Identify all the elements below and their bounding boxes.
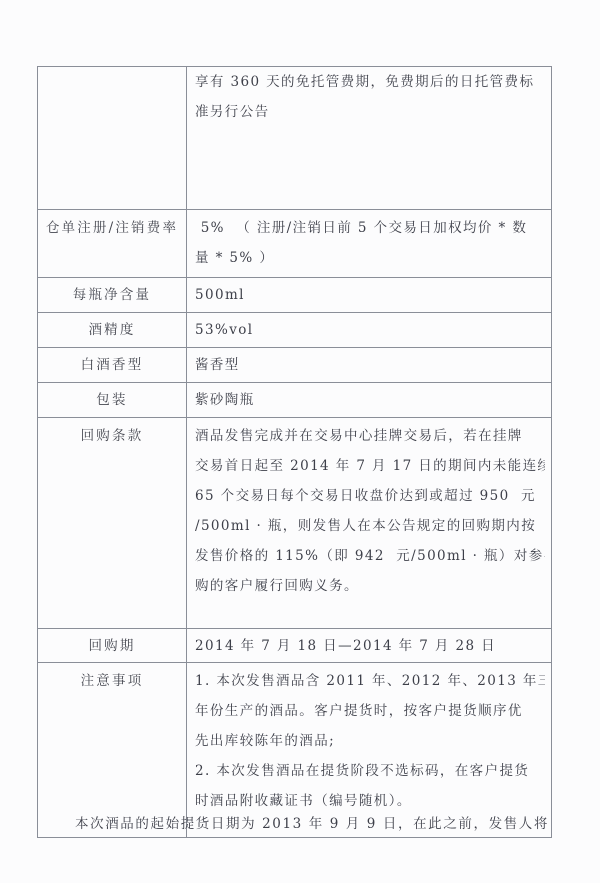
value-line: /500ml · 瓶，则发售人在本公告规定的回购期内按 xyxy=(195,511,545,541)
table-row-buyback-terms: 回购条款 酒品发售完成并在交易中心挂牌交易后，若在挂牌 交易首日起至 2014 … xyxy=(38,418,552,629)
table-row-alcohol-content: 酒精度 53%vol xyxy=(38,313,552,348)
value-line: 1. 本次发售酒品含 2011 年、2012 年、2013 年三个 xyxy=(195,666,545,696)
row-label: 每瓶净含量 xyxy=(38,280,186,310)
body-paragraph: 本次酒品的起始提货日期为 2013 年 9 月 9 日，在此之前，发售人将 xyxy=(75,812,549,832)
value-line: 2. 本次发售酒品在提货阶段不选标码，在客户提货 xyxy=(195,756,545,786)
value-line: 5% （ 注册/注销日前 5 个交易日加权均价 * 数 xyxy=(195,213,545,243)
value-line: 年份生产的酒品。客户提货时，按客户提货顺序优 xyxy=(195,696,545,726)
value-line: 购的客户履行回购义务。 xyxy=(195,571,545,601)
value-line: 先出库较陈年的酒品; xyxy=(195,726,545,756)
row-label: 注意事项 xyxy=(38,666,186,696)
value-line: 准另行公告 xyxy=(195,97,545,127)
row-label-buyback-terms: 回购条款 xyxy=(38,418,187,629)
value-line: 53%vol xyxy=(195,315,545,345)
row-label: 包装 xyxy=(38,385,186,415)
row-label xyxy=(38,70,186,100)
table-row-net-volume: 每瓶净含量 500ml xyxy=(38,278,552,313)
table-row-aroma-type: 白酒香型 酱香型 xyxy=(38,348,552,383)
row-label-net-volume: 每瓶净含量 xyxy=(38,278,187,313)
row-label-empty xyxy=(38,67,187,210)
row-label-aroma-type: 白酒香型 xyxy=(38,348,187,383)
row-label: 仓单注册/注销费率 xyxy=(38,213,186,243)
document-page: 享有 360 天的免托管费期，免费期后的日托管费标 准另行公告 仓单注册/注销费… xyxy=(0,0,600,883)
value-line: 65 个交易日每个交易日收盘价达到或超过 950 元 xyxy=(195,481,545,511)
row-value-buyback-period: 2014 年 7 月 18 日—2014 年 7 月 28 日 xyxy=(187,629,552,663)
row-label-alcohol-content: 酒精度 xyxy=(38,313,187,348)
value-line: 2014 年 7 月 18 日—2014 年 7 月 28 日 xyxy=(195,631,545,661)
row-value-alcohol-content: 53%vol xyxy=(187,313,552,348)
row-label-warrant-fee-rate: 仓单注册/注销费率 xyxy=(38,210,187,278)
value-line: 酱香型 xyxy=(195,350,545,380)
product-spec-table: 享有 360 天的免托管费期，免费期后的日托管费标 准另行公告 仓单注册/注销费… xyxy=(37,66,552,838)
row-label-buyback-period: 回购期 xyxy=(38,629,187,663)
table-row-packaging: 包装 紫砂陶瓶 xyxy=(38,383,552,418)
value-line: 紫砂陶瓶 xyxy=(195,385,545,415)
row-value-storage-fee: 享有 360 天的免托管费期，免费期后的日托管费标 准另行公告 xyxy=(187,67,552,210)
row-value-warrant-fee-rate: 5% （ 注册/注销日前 5 个交易日加权均价 * 数 量 * 5% ） xyxy=(187,210,552,278)
table-row-storage-fee: 享有 360 天的免托管费期，免费期后的日托管费标 准另行公告 xyxy=(38,67,552,210)
value-line: 酒品发售完成并在交易中心挂牌交易后，若在挂牌 xyxy=(195,421,545,451)
row-label: 白酒香型 xyxy=(38,350,186,380)
value-line: 量 * 5% ） xyxy=(195,243,545,273)
row-value-net-volume: 500ml xyxy=(187,278,552,313)
row-value-buyback-terms: 酒品发售完成并在交易中心挂牌交易后，若在挂牌 交易首日起至 2014 年 7 月… xyxy=(187,418,552,629)
row-label-packaging: 包装 xyxy=(38,383,187,418)
value-line: 发售价格的 115%（即 942 元/500ml · 瓶）对参与回 xyxy=(195,541,545,571)
value-line: 500ml xyxy=(195,280,545,310)
table-row-buyback-period: 回购期 2014 年 7 月 18 日—2014 年 7 月 28 日 xyxy=(38,629,552,663)
value-line: 享有 360 天的免托管费期，免费期后的日托管费标 xyxy=(195,67,545,97)
row-value-packaging: 紫砂陶瓶 xyxy=(187,383,552,418)
value-line: 交易首日起至 2014 年 7 月 17 日的期间内未能连续 xyxy=(195,451,545,481)
row-label: 回购期 xyxy=(38,631,186,661)
table-row-warrant-fee-rate: 仓单注册/注销费率 5% （ 注册/注销日前 5 个交易日加权均价 * 数 量 … xyxy=(38,210,552,278)
row-label: 酒精度 xyxy=(38,315,186,345)
row-value-aroma-type: 酱香型 xyxy=(187,348,552,383)
row-label: 回购条款 xyxy=(38,421,186,451)
